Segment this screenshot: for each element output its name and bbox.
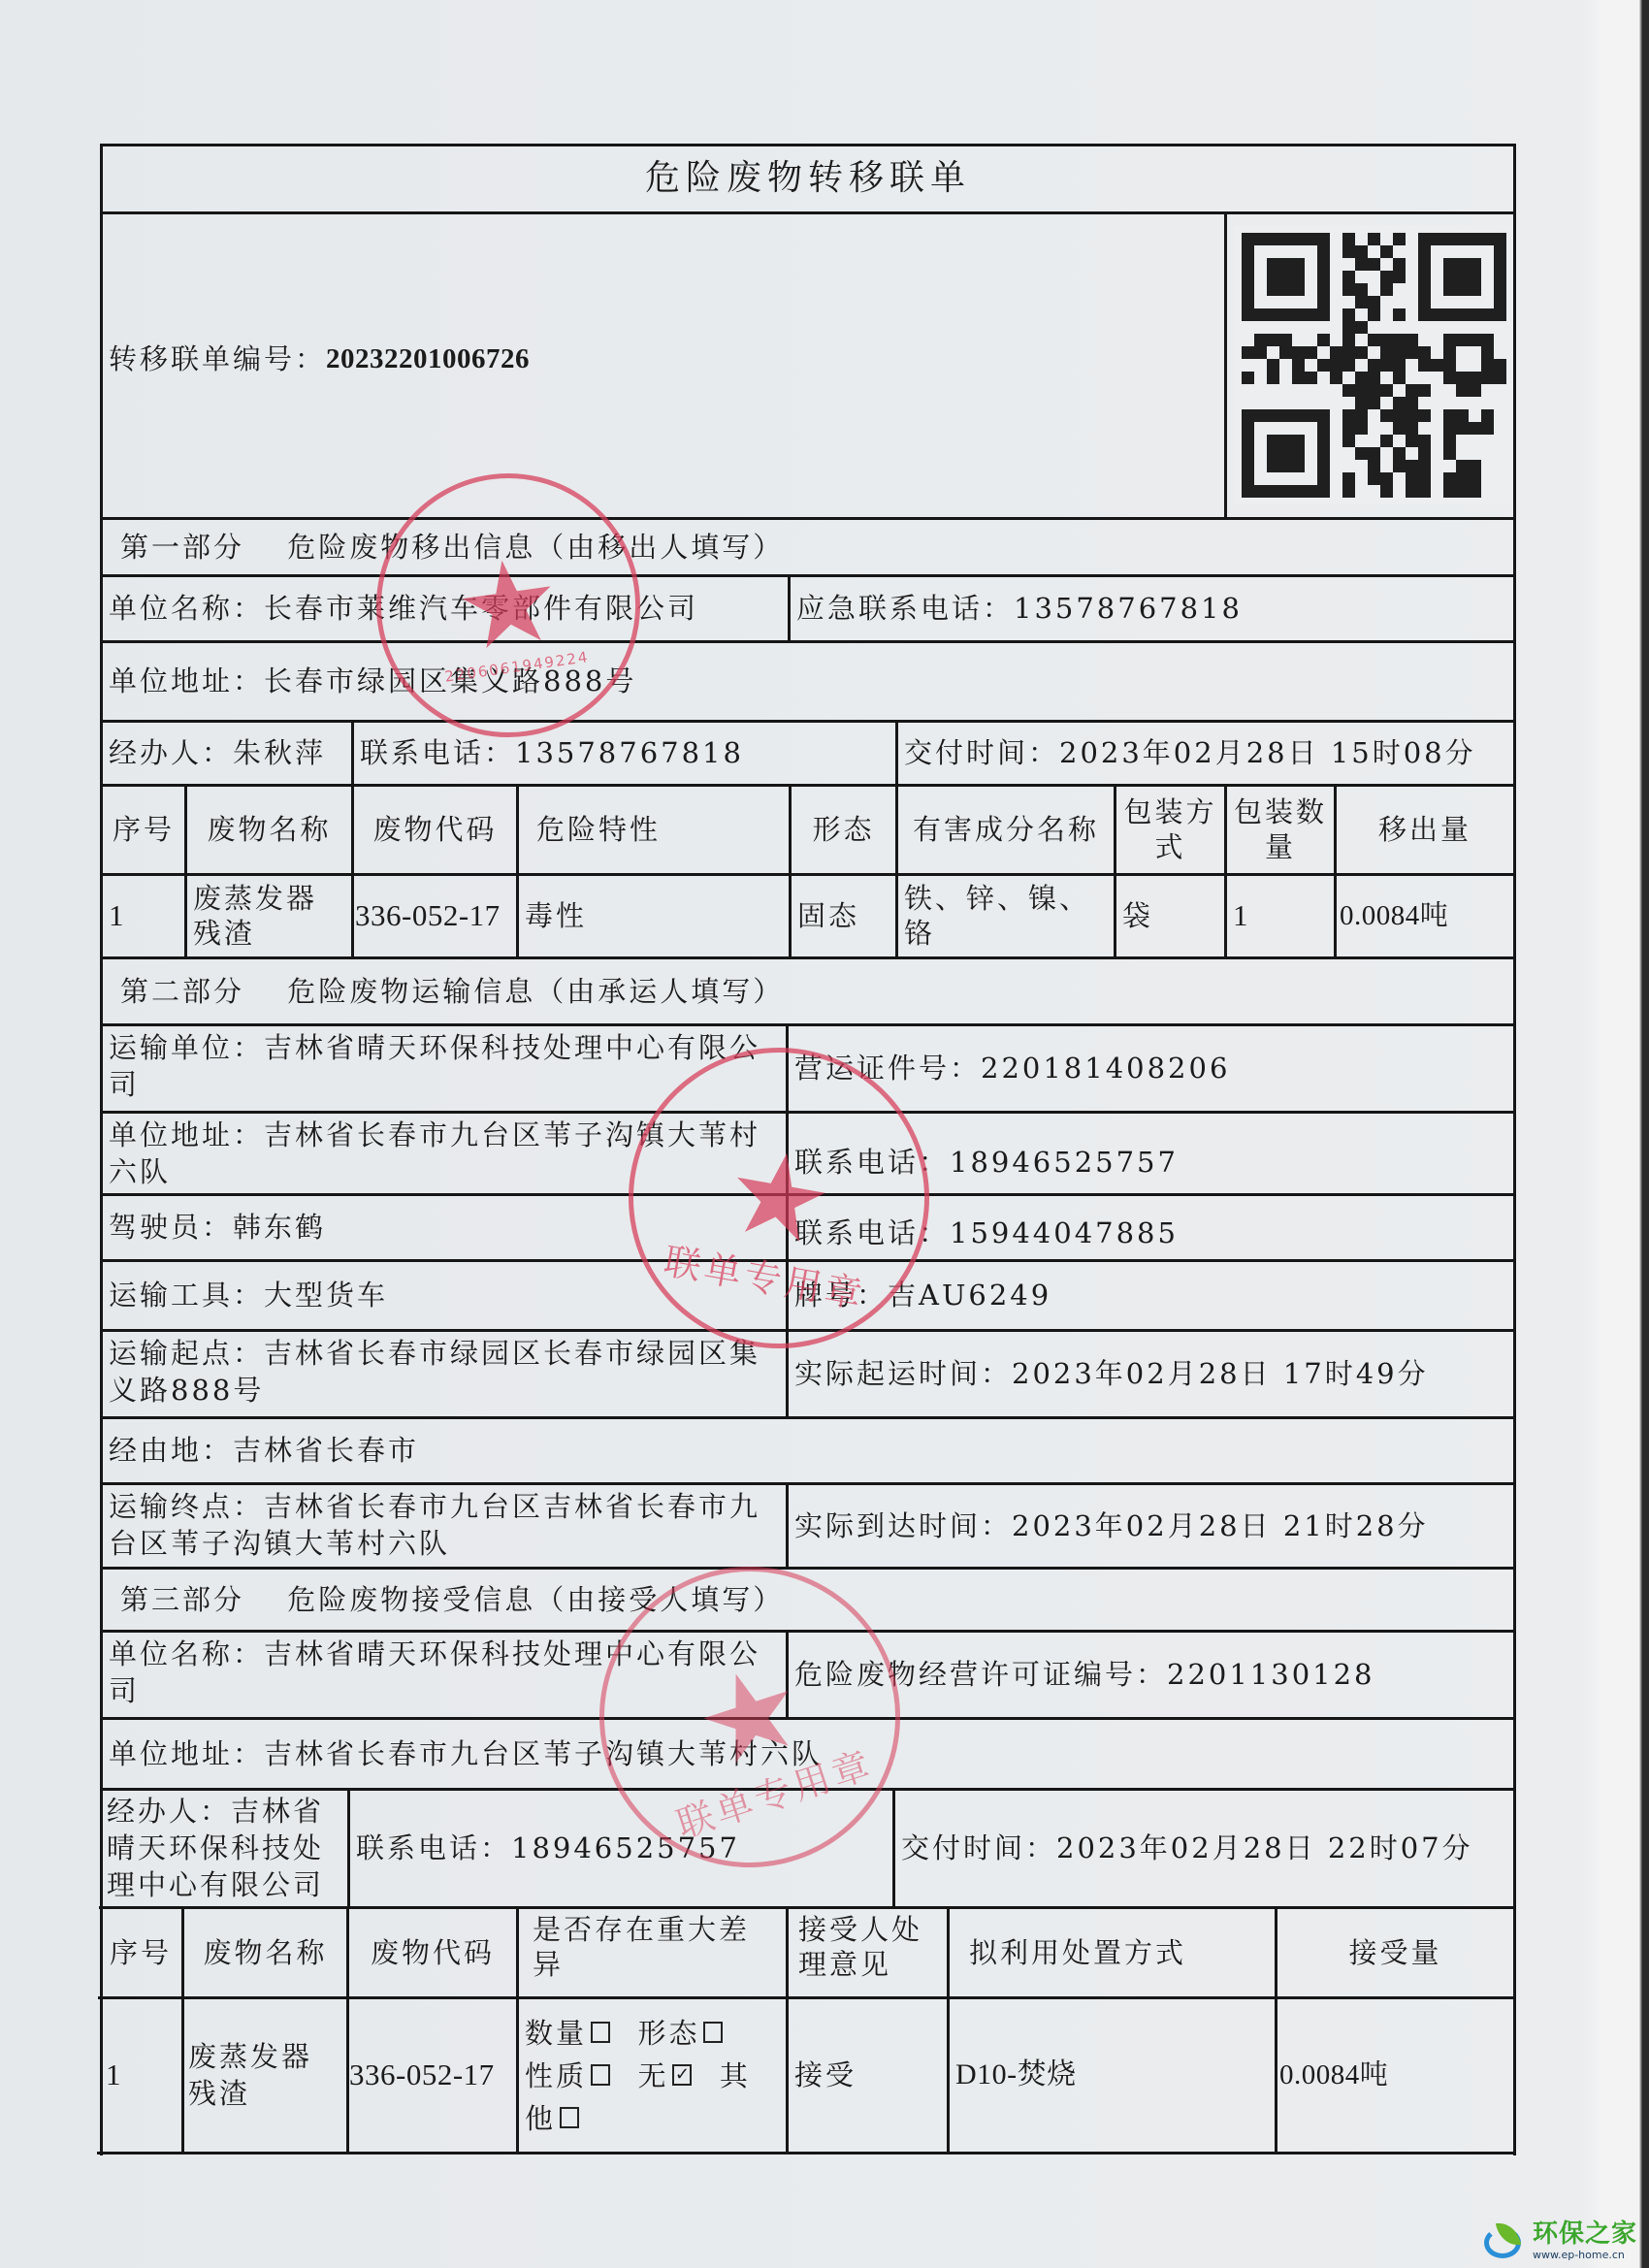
discrepancy-other-checkbox[interactable] bbox=[560, 2107, 579, 2128]
p1-td-seq: 1 bbox=[103, 875, 184, 956]
p1-th-quantity: 移出量 bbox=[1337, 786, 1513, 873]
part1-handover-time: 交付时间：2023年02月28日 15时08分 bbox=[898, 722, 1513, 784]
part2-destination: 运输终点：吉林省长春市九台区吉林省长春市九台区苇子沟镇大苇村六队 bbox=[103, 1484, 786, 1567]
site-watermark: 环保之家 www.ep-home.cn bbox=[1482, 2221, 1637, 2260]
part1-contact-phone: 联系电话：13578767818 bbox=[354, 722, 895, 784]
p3-td-disposal: D10-焚烧 bbox=[950, 1998, 1275, 2152]
p1-td-hazard: 毒性 bbox=[519, 875, 789, 956]
part2-heading: 第二部分 危险废物运输信息（由承运人填写） bbox=[103, 958, 1513, 1023]
manifest-number-label: 转移联单编号： bbox=[109, 340, 326, 377]
p1-th-form: 形态 bbox=[792, 786, 895, 873]
part1-heading: 第一部分 危险废物移出信息（由移出人填写） bbox=[103, 519, 1513, 575]
discrepancy-quantity-label: 数量 bbox=[525, 2017, 587, 2050]
discrepancy-form-label: 形态 bbox=[637, 2017, 699, 2050]
p1-td-name: 废蒸发器残渣 bbox=[187, 875, 351, 956]
p3-td-code: 336-052-17 bbox=[347, 1998, 516, 2152]
discrepancy-nature-label: 性质 bbox=[525, 2059, 587, 2092]
p1-th-hazard: 危险特性 bbox=[519, 786, 789, 873]
p1-th-seq: 序号 bbox=[103, 786, 184, 873]
p1-th-package-type: 包装方式 bbox=[1116, 786, 1224, 873]
p3-td-opinion: 接受 bbox=[789, 1998, 947, 2152]
part2-departure-time: 实际起运时间：2023年02月28日 17时49分 bbox=[789, 1331, 1513, 1416]
part1-unit-name: 单位名称：长春市莱维汽车零部件有限公司 bbox=[103, 576, 788, 640]
p1-td-code: 336-052-17 bbox=[352, 875, 516, 956]
part3-heading: 第三部分 危险废物接受信息（由接受人填写） bbox=[103, 1569, 1513, 1630]
p3-th-code: 废物代码 bbox=[349, 1908, 516, 1996]
p3-th-opinion: 接受人处理意见 bbox=[789, 1908, 947, 1996]
manifest-number: 20232201006726 bbox=[326, 340, 530, 377]
part2-transport-unit: 运输单位：吉林省晴天环保科技处理中心有限公司 bbox=[103, 1025, 786, 1111]
manifest-number-row: 转移联单编号： 20232201006726 bbox=[103, 330, 782, 388]
part3-permit-no: 危险废物经营许可证编号：2201130128 bbox=[789, 1632, 1513, 1717]
discrepancy-none-label: 无 bbox=[637, 2059, 668, 2092]
qr-code-icon bbox=[1234, 225, 1513, 504]
part1-handler: 经办人：朱秋萍 bbox=[103, 722, 351, 784]
p3-th-name: 废物名称 bbox=[184, 1908, 346, 1996]
p3-th-discrepancy: 是否存在重大差异 bbox=[519, 1908, 786, 1996]
part2-unit-address: 单位地址：吉林省长春市九台区苇子沟镇大苇村六队 bbox=[103, 1113, 786, 1193]
p3-th-seq: 序号 bbox=[100, 1908, 181, 1996]
p1-th-components: 有害成分名称 bbox=[898, 786, 1114, 873]
discrepancy-form-checkbox[interactable] bbox=[703, 2022, 723, 2043]
part3-unit-address: 单位地址：吉林省长春市九台区苇子沟镇大苇村六队 bbox=[103, 1719, 1513, 1788]
watermark-url: www.ep-home.cn bbox=[1533, 2250, 1637, 2260]
table-border-bottom bbox=[97, 2152, 1515, 2155]
p1-th-name: 废物名称 bbox=[187, 786, 351, 873]
part2-contact-phone-1: 联系电话：18946525757 bbox=[789, 1113, 1513, 1193]
p3-td-accepted: 0.0084吨 bbox=[1277, 1998, 1513, 2152]
p1-td-components: 铁、锌、镍、铬 bbox=[898, 875, 1114, 956]
part3-handover-time: 交付时间：2023年02月28日 22时07分 bbox=[895, 1790, 1513, 1906]
row-line bbox=[101, 211, 1515, 214]
part3-contact-phone: 联系电话：18946525757 bbox=[350, 1790, 892, 1906]
p3-td-discrepancy: 数量 形态 性质 无✓ 其他 bbox=[519, 1998, 786, 2152]
discrepancy-none-checkbox[interactable]: ✓ bbox=[672, 2064, 692, 2086]
p3-th-accepted: 接受量 bbox=[1277, 1908, 1513, 1996]
p1-td-form: 固态 bbox=[792, 875, 895, 956]
part2-plate: 牌号：吉AU6249 bbox=[789, 1261, 1513, 1329]
ep-home-logo-icon bbox=[1482, 2221, 1527, 2260]
part2-license-no: 营运证件号：220181408206 bbox=[789, 1025, 1513, 1111]
part2-vehicle: 运输工具：大型货车 bbox=[103, 1261, 786, 1329]
p3-td-seq: 1 bbox=[100, 1998, 181, 2152]
discrepancy-nature-checkbox[interactable] bbox=[591, 2064, 610, 2086]
manifest-sheet: 危险废物转移联单 转移联单编号： 20232201006726 第一部分 危险废… bbox=[0, 0, 1649, 2268]
part2-arrival-time: 实际到达时间：2023年02月28日 21时28分 bbox=[789, 1484, 1513, 1567]
part3-handler: 经办人：吉林省晴天环保科技处理中心有限公司 bbox=[101, 1790, 347, 1906]
part2-contact-phone-2: 联系电话：15944047885 bbox=[789, 1195, 1513, 1259]
p1-td-quantity: 0.0084吨 bbox=[1337, 875, 1513, 956]
part1-emergency-phone: 应急联系电话：13578767818 bbox=[791, 576, 1513, 640]
part2-driver: 驾驶员：韩东鹤 bbox=[103, 1195, 786, 1259]
watermark-name: 环保之家 bbox=[1533, 2221, 1637, 2247]
document-title: 危险废物转移联单 bbox=[103, 146, 1513, 211]
p3-th-disposal: 拟利用处置方式 bbox=[950, 1908, 1275, 1996]
p1-td-package-type: 袋 bbox=[1116, 875, 1224, 956]
p1-td-package-count: 1 bbox=[1227, 875, 1334, 956]
discrepancy-quantity-checkbox[interactable] bbox=[591, 2022, 610, 2043]
p3-td-name: 废蒸发器残渣 bbox=[184, 1998, 346, 2152]
qr-code-matrix bbox=[1242, 233, 1506, 498]
p1-th-code: 废物代码 bbox=[354, 786, 516, 873]
table-border-right bbox=[1513, 144, 1516, 2155]
part2-origin: 运输起点：吉林省长春市绿园区长春市绿园区集义路888号 bbox=[103, 1331, 786, 1416]
part2-via: 经由地：吉林省长春市 bbox=[103, 1418, 1513, 1482]
part3-unit-name: 单位名称：吉林省晴天环保科技处理中心有限公司 bbox=[103, 1632, 786, 1717]
p1-th-package-count: 包装数量 bbox=[1227, 786, 1334, 873]
col-line bbox=[1224, 211, 1227, 517]
part1-unit-address: 单位地址：长春市绿园区集义路888号 bbox=[103, 642, 1513, 720]
